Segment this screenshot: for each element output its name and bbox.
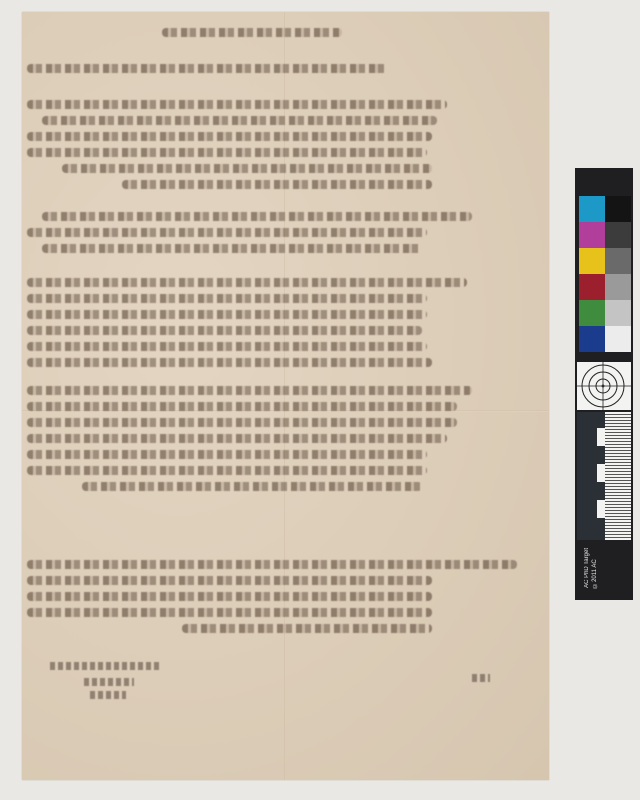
handwriting-line [27, 402, 457, 411]
handwriting-line [27, 342, 427, 351]
handwriting-line [27, 294, 427, 303]
handwriting-line [42, 244, 422, 253]
handwriting-line [27, 576, 432, 585]
checker-block [597, 500, 605, 518]
manuscript-page [22, 12, 549, 780]
handwriting-line [27, 608, 432, 617]
checker-block [597, 464, 605, 482]
color-patch [579, 326, 605, 352]
checker-block [597, 428, 605, 446]
handwriting-line [42, 116, 437, 125]
handwriting-line [27, 358, 432, 367]
handwriting-line [27, 228, 427, 237]
handwriting-line [27, 560, 517, 569]
gray-patch [605, 300, 631, 326]
handwriting-line [122, 180, 432, 189]
handwriting-line [27, 132, 432, 141]
handwriting-line [27, 100, 447, 109]
target-label-line1: AC PhD Target [583, 548, 591, 588]
target-label-line2: ©2011 AC [591, 548, 599, 588]
color-patch [579, 274, 605, 300]
gray-patch [605, 222, 631, 248]
handwriting-line [27, 310, 427, 319]
handwriting-line [27, 434, 447, 443]
page-notation [472, 674, 490, 682]
handwriting-line [42, 212, 472, 221]
color-patch [579, 248, 605, 274]
color-patch [579, 196, 605, 222]
color-patch [579, 300, 605, 326]
signature-subline [84, 678, 134, 686]
handwriting-line [27, 592, 432, 601]
handwriting-line [27, 386, 472, 395]
handwriting-line [27, 278, 467, 287]
target-label: AC PhD Target ©2011 AC [583, 548, 599, 588]
gray-patch [605, 248, 631, 274]
handwriting-line [82, 482, 422, 491]
handwriting-line [62, 164, 432, 173]
gray-patch [605, 274, 631, 300]
signature-subline [90, 691, 126, 699]
handwriting-line [27, 64, 387, 73]
handwriting-line [27, 148, 427, 157]
signature [50, 662, 160, 670]
color-calibration-target: AC PhD Target ©2011 AC [575, 168, 633, 600]
vertical-fold-line [284, 12, 285, 780]
color-patch [579, 222, 605, 248]
handwriting-line [27, 466, 427, 475]
ruler-ticks [605, 412, 631, 540]
gray-patch [605, 196, 631, 222]
handwriting-line [27, 418, 457, 427]
bullseye-target [577, 362, 631, 410]
handwriting-line [162, 28, 342, 37]
bullseye-icon [577, 362, 631, 410]
scale-ruler [577, 412, 631, 540]
handwriting-line [27, 326, 422, 335]
handwriting-line [182, 624, 432, 633]
handwriting-line [27, 450, 427, 459]
gray-patch [605, 326, 631, 352]
